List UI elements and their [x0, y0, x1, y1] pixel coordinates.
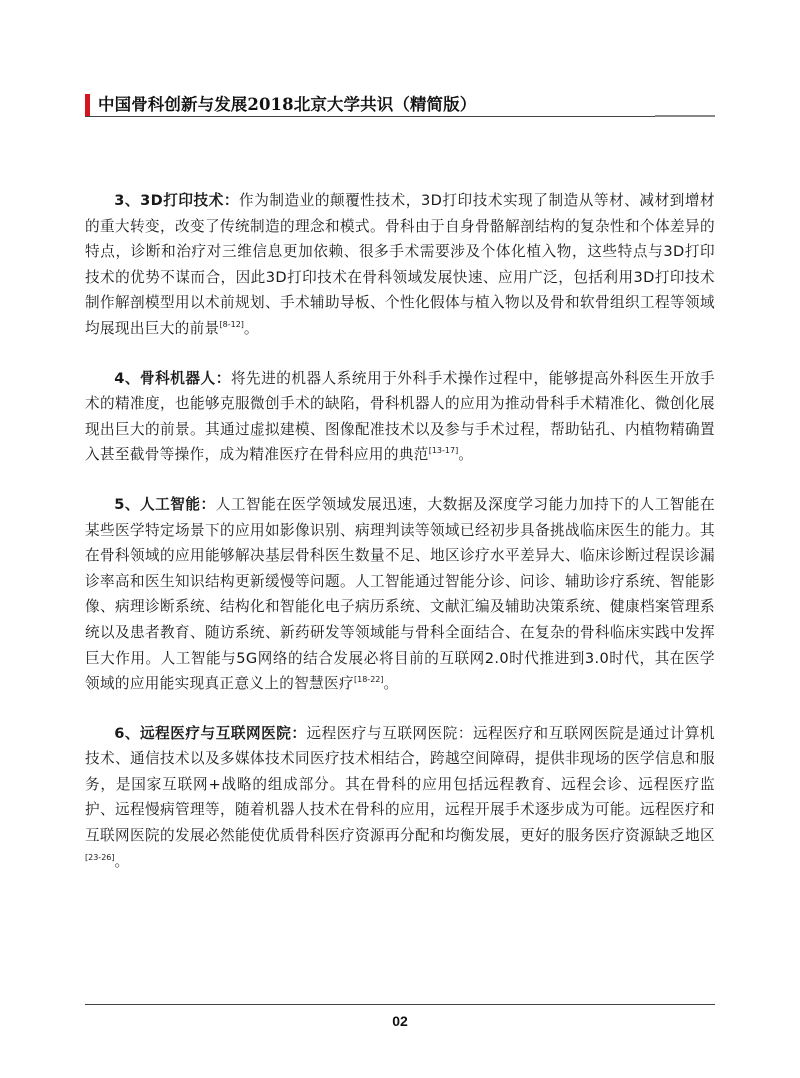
footer-divider — [85, 1004, 715, 1005]
page-content: 3、3D打印技术：作为制造业的颠覆性技术，3D打印技术实现了制造从等材、减材到增… — [85, 188, 715, 874]
page-header: 中国骨科创新与发展2018北京大学共识（精简版） — [85, 94, 715, 118]
section-end: 。 — [384, 675, 399, 692]
section-body: 作为制造业的颠覆性技术，3D打印技术实现了制造从等材、减材到增材的重大转变，改变… — [85, 192, 715, 337]
header-accent-bar — [85, 94, 90, 116]
section-3d-printing: 3、3D打印技术：作为制造业的颠覆性技术，3D打印技术实现了制造从等材、减材到增… — [85, 188, 715, 342]
citation: [13-17] — [429, 446, 459, 455]
section-end: 。 — [115, 853, 130, 870]
section-heading: 6、远程医疗与互联网医院： — [114, 725, 306, 742]
page-number: 02 — [0, 1013, 800, 1029]
section-orthopedic-robot: 4、骨科机器人：将先进的机器人系统用于外科手术操作过程中，能够提高外科医生开放手… — [85, 366, 715, 468]
section-heading: 5、人工智能： — [114, 496, 216, 513]
section-body: 人工智能在医学领域发展迅速，大数据及深度学习能力加持下的人工智能在某些医学特定场… — [85, 496, 715, 692]
section-body: 远程医疗与互联网医院：远程医疗和互联网医院是通过计算机技术、通信技术以及多媒体技… — [85, 725, 715, 844]
header-divider — [85, 116, 715, 117]
citation: [8-12] — [220, 320, 244, 329]
document-title: 中国骨科创新与发展2018北京大学共识（精简版） — [98, 94, 476, 116]
citation: [23-26] — [85, 853, 115, 862]
section-end: 。 — [458, 446, 473, 463]
header-divider-end — [655, 115, 715, 117]
section-telemedicine: 6、远程医疗与互联网医院：远程医疗与互联网医院：远程医疗和互联网医院是通过计算机… — [85, 721, 715, 875]
section-artificial-intelligence: 5、人工智能：人工智能在医学领域发展迅速，大数据及深度学习能力加持下的人工智能在… — [85, 492, 715, 697]
section-heading: 3、3D打印技术： — [114, 192, 239, 209]
citation: [18-22] — [354, 675, 384, 684]
section-heading: 4、骨科机器人： — [114, 370, 231, 387]
section-end: 。 — [244, 320, 259, 337]
